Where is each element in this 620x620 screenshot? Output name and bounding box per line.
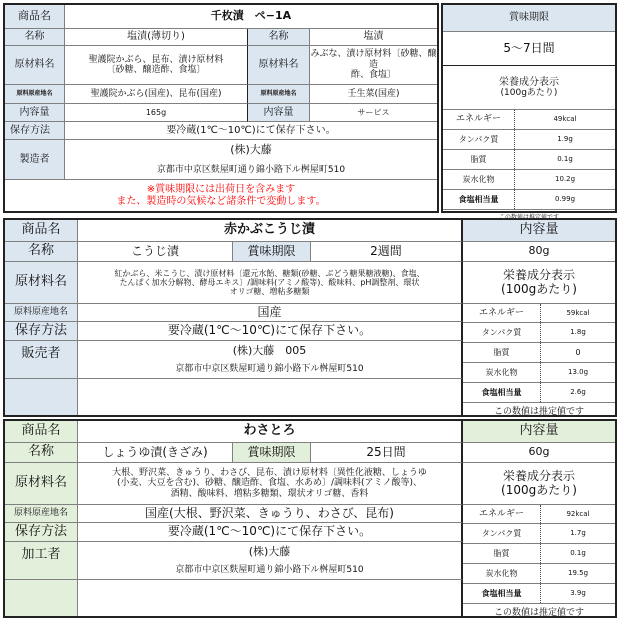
product-name: 千枚漬 ペ−1A [65,5,437,29]
ingredients-value: 大根、野沢菜、きゅうり、わさび、昆布、漬け原材料〔異性化液糖、しょうゆ (小麦、… [78,463,463,505]
content-value: 165g [65,104,248,122]
nutrition-table: エネルギー 92kcal タンパク質 1.7g 脂質 0.1g 炭水化物 19.… [463,505,615,620]
notice-line: また、製造時の気候など諸条件で変動します。 [116,196,325,208]
content-label: 内容量 [5,104,65,122]
nutrition-row: 食塩相当量 3.9g [463,584,615,604]
origin-value: 壬生菜(国産) [310,85,437,104]
empty-cell [78,379,463,415]
maker-name: (株)大藤 [230,144,272,157]
nutrient-value: 0.1g [515,150,615,169]
nutrient-value: 92kcal [541,505,615,523]
content-value: 60g [463,443,615,463]
ingredients-line: 酒精、酸味料、増粘多糖類、環状オリゴ糖、香料 [171,489,369,499]
storage-value: 要冷蔵(1℃〜10℃)にて保存下さい。 [65,122,437,140]
origin-label: 原料原産地名 [5,505,78,523]
ingredients-line: (小麦、大豆を含む)、砂糖、醸造酢、食塩、水あめ〕/調味料(アミノ酸等)、 [117,478,422,488]
nutrient-value: 10.2g [515,170,615,189]
content-value: サービス [310,104,437,122]
storage-label: 保存方法 [5,122,65,140]
nutrition-basis: (100gあたり) [501,484,577,498]
nutrition-row: タンパク質 1.8g [463,323,615,343]
nutrition-row: 炭水化物 10.2g [443,170,615,190]
seller-name: (株)大藤 005 [233,345,307,358]
nutrient-value: 0.99g [515,190,615,209]
ingredients-line: 〔砂糖、醸造酢、食塩〕 [106,65,205,75]
name-label: 名称 [5,29,65,46]
ingredients-label: 原材料名 [5,46,65,85]
nutrient-name: タンパク質 [463,524,541,543]
nutrition-title: 栄養成分表示 [503,269,575,283]
nutrient-value: 59kcal [541,304,615,322]
nutrient-value: 49kcal [515,110,615,129]
nutrition-table: エネルギー 59kcal タンパク質 1.8g 脂質 0 炭水化物 13.0g … [463,304,615,421]
nutrition-row: 炭水化物 13.0g [463,363,615,383]
shelf-life-label: 賞味期限 [233,242,311,262]
nutrition-row: タンパク質 1.9g [443,130,615,150]
nutrient-name: エネルギー [463,304,541,322]
nutrient-name: エネルギー [463,505,541,523]
maker-value: (株)大藤 京都市中京区麩屋町通り錦小路下ル桝屋町510 [65,140,437,180]
origin-label: 原料原産地名 [248,85,310,104]
content-label: 内容量 [463,421,615,443]
ingredients-value: 紅かぶら、米こうじ、漬け原材料〔還元水飴、糖類(砂糖、ぶどう糖果糖液糖)、食塩、… [78,262,463,304]
nutrition-basis: (100gあたり) [501,88,558,98]
name-value: 塩漬 [310,29,437,46]
nutrient-name: タンパク質 [443,130,515,149]
name-label: 名称 [248,29,310,46]
content-label: 内容量 [248,104,310,122]
ingredients-line: 酢、食塩〕 [351,70,396,80]
nutrition-header: 栄養成分表示 (100gあたり) [463,262,615,304]
processor-value: (株)大藤 京都市中京区麩屋町通り錦小路下ル桝屋町510 [78,542,463,580]
storage-label: 保存方法 [5,523,78,542]
product-name-label: 商品名 [5,5,65,29]
notice-line: ※賞味期限には出荷日を含みます [147,184,295,196]
ingredients-label: 原材料名 [5,463,78,505]
nutrition-basis: (100gあたり) [501,283,577,297]
nutrient-value: 2.6g [541,383,615,402]
nutrient-value: 3.9g [541,584,615,603]
seller-address: 京都市中京区麩屋町通り錦小路下ル桝屋町510 [175,364,363,374]
nutrition-title: 栄養成分表示 [503,470,575,484]
nutrition-row: 脂質 0.1g [463,544,615,564]
product-name: わさとろ [78,421,463,443]
empty-cell [78,580,463,616]
origin-label: 原料原産地名 [5,304,78,322]
shelf-life-label: 賞味期限 [443,5,615,32]
nutrition-row: エネルギー 49kcal [443,110,615,130]
nutrient-name: 食塩相当量 [463,584,541,603]
shelf-life-notice: ※賞味期限には出荷日を含みます また、製造時の気候など諸条件で変動します。 [5,180,437,211]
processor-name: (株)大藤 [249,546,291,559]
name-value: しょうゆ漬(きざみ) [78,443,233,463]
ingredients-line: 大根、野沢菜、きゅうり、わさび、昆布、漬け原材料〔異性化液糖、しょうゆ [112,468,427,478]
nutrient-name: 脂質 [463,544,541,563]
processor-address: 京都市中京区麩屋町通り錦小路下ル桝屋町510 [175,565,363,575]
maker-address: 京都市中京区麩屋町通り錦小路下ル桝屋町510 [157,165,345,175]
shelf-life-label: 賞味期限 [233,443,311,463]
content-label: 内容量 [463,220,615,242]
origin-value: 国産 [78,304,463,322]
nutrition-row: 炭水化物 19.5g [463,564,615,584]
shelf-life-value: 5〜7日間 [443,32,615,66]
maker-label: 製造者 [5,140,65,180]
nutrient-name: 炭水化物 [463,564,541,583]
seller-label: 販売者 [5,341,78,379]
empty-label-cell [5,580,78,616]
nutrient-value: 0 [541,343,615,362]
nutrient-name: エネルギー [443,110,515,129]
nutrient-value: 13.0g [541,363,615,382]
name-label: 名称 [5,242,78,262]
nutrition-row: 食塩相当量 2.6g [463,383,615,403]
ingredients-label: 原材料名 [5,262,78,304]
ingredients-line: 紅かぶら、米こうじ、漬け原材料〔還元水飴、糖類(砂糖、ぶどう糖果糖液糖)、食塩、 [114,269,424,278]
nutrition-title: 栄養成分表示 [499,77,559,89]
ingredients-label: 原材料名 [248,46,310,85]
nutrition-row: 脂質 0.1g [443,150,615,170]
shelf-life-value: 2週間 [311,242,463,262]
nutrition-row: エネルギー 59kcal [463,304,615,323]
seller-value: (株)大藤 005 京都市中京区麩屋町通り錦小路下ル桝屋町510 [78,341,463,379]
empty-label-cell [5,379,78,415]
nutrient-value: 1.8g [541,323,615,342]
nutrient-name: 食塩相当量 [463,383,541,402]
origin-value: 国産(大根、野沢菜、きゅうり、わさび、昆布) [78,505,463,523]
processor-label: 加工者 [5,542,78,580]
ingredients-line: みぶな、漬け原材料〔砂糖、醸造 [310,49,437,70]
ingredients-line: たんぱく加水分解物、酵母エキス〕/調味料(アミノ酸等)、酸味料、pH調整剤、環状 [120,278,420,287]
storage-value: 要冷蔵(1℃〜10℃)にて保存下さい。 [78,322,463,341]
storage-label: 保存方法 [5,322,78,341]
nutrient-name: タンパク質 [463,323,541,342]
shelf-life-value: 25日間 [311,443,463,463]
ingredients-line: 聖護院かぶら、昆布、漬け原材料 [88,55,223,65]
product-name-label: 商品名 [5,220,78,242]
product-name: 赤かぶこうじ漬 [78,220,463,242]
nutrition-header: 栄養成分表示 (100gあたり) [443,66,615,110]
ingredients-value: みぶな、漬け原材料〔砂糖、醸造 酢、食塩〕 [310,46,437,85]
storage-value: 要冷蔵(1℃〜10℃)にて保存下さい。 [78,523,463,542]
nutrient-name: 炭水化物 [463,363,541,382]
nutrition-row: 脂質 0 [463,343,615,363]
nutrition-row: タンパク質 1.7g [463,524,615,544]
ingredients-line: オリゴ糖、増粘多糖類 [230,287,310,296]
nutrition-row: エネルギー 92kcal [463,505,615,524]
nutrition-note: この数値は推定値です [463,604,615,620]
nutrition-header: 栄養成分表示 (100gあたり) [463,463,615,505]
nutrition-row: 食塩相当量 0.99g [443,190,615,210]
nutrient-value: 0.1g [541,544,615,563]
nutrition-table: エネルギー 49kcal タンパク質 1.9g 脂質 0.1g 炭水化物 10.… [443,110,615,226]
nutrient-name: 食塩相当量 [443,190,515,209]
content-value: 80g [463,242,615,262]
nutrient-name: 脂質 [463,343,541,362]
name-label: 名称 [5,443,78,463]
nutrient-name: 炭水化物 [443,170,515,189]
name-value: こうじ漬 [78,242,233,262]
product-name-label: 商品名 [5,421,78,443]
origin-label: 原料原産地名 [5,85,65,104]
nutrient-value: 1.7g [541,524,615,543]
nutrient-value: 19.5g [541,564,615,583]
nutrient-name: 脂質 [443,150,515,169]
name-value: 塩漬(薄切り) [65,29,248,46]
ingredients-value: 聖護院かぶら、昆布、漬け原材料 〔砂糖、醸造酢、食塩〕 [65,46,248,85]
nutrient-value: 1.9g [515,130,615,149]
origin-value: 聖護院かぶら(国産)、昆布(国産) [65,85,248,104]
